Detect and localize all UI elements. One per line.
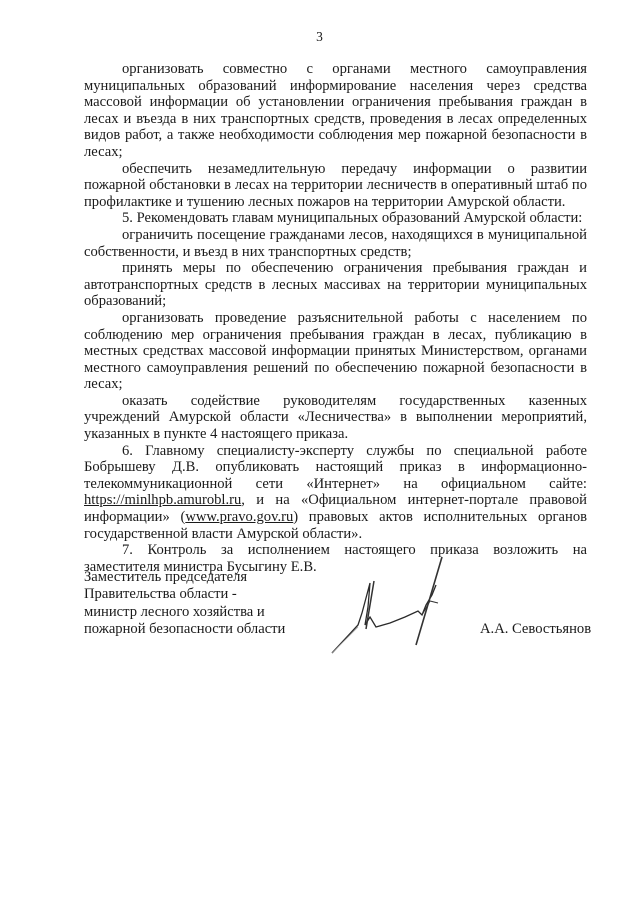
signatory-title-line: Заместитель председателя	[84, 569, 285, 586]
signatory-name: А.А. Севостьянов	[480, 621, 591, 638]
paragraph: организовать проведение разъяснительной …	[84, 310, 587, 393]
document-body: организовать совместно с органами местно…	[84, 61, 587, 575]
ministry-site-link[interactable]: https://minlhpb.amurobl.ru	[84, 492, 241, 508]
paragraph: 5. Рекомендовать главам муниципальных об…	[84, 210, 587, 227]
page-number: 3	[0, 29, 639, 45]
item6-text: 6. Главному специалисту-эксперту службы …	[84, 443, 587, 492]
signatory-title-line: пожарной безопасности области	[84, 621, 285, 638]
paragraph: организовать совместно с органами местно…	[84, 61, 587, 161]
paragraph: принять меры по обеспечению ограничения …	[84, 260, 587, 310]
signatory-title: Заместитель председателя Правительства о…	[84, 569, 285, 639]
paragraph-item-6: 6. Главному специалисту-эксперту службы …	[84, 443, 587, 543]
paragraph: обеспечить незамедлительную передачу инф…	[84, 161, 587, 211]
handwritten-signature	[330, 555, 450, 655]
paragraph: ограничить посещение гражданами лесов, н…	[84, 227, 587, 260]
signatory-title-line: министр лесного хозяйства и	[84, 604, 285, 621]
pravo-portal-link[interactable]: www.pravo.gov.ru	[185, 509, 293, 525]
paragraph: оказать содействие руководителям государ…	[84, 393, 587, 443]
signatory-title-line: Правительства области -	[84, 586, 285, 603]
